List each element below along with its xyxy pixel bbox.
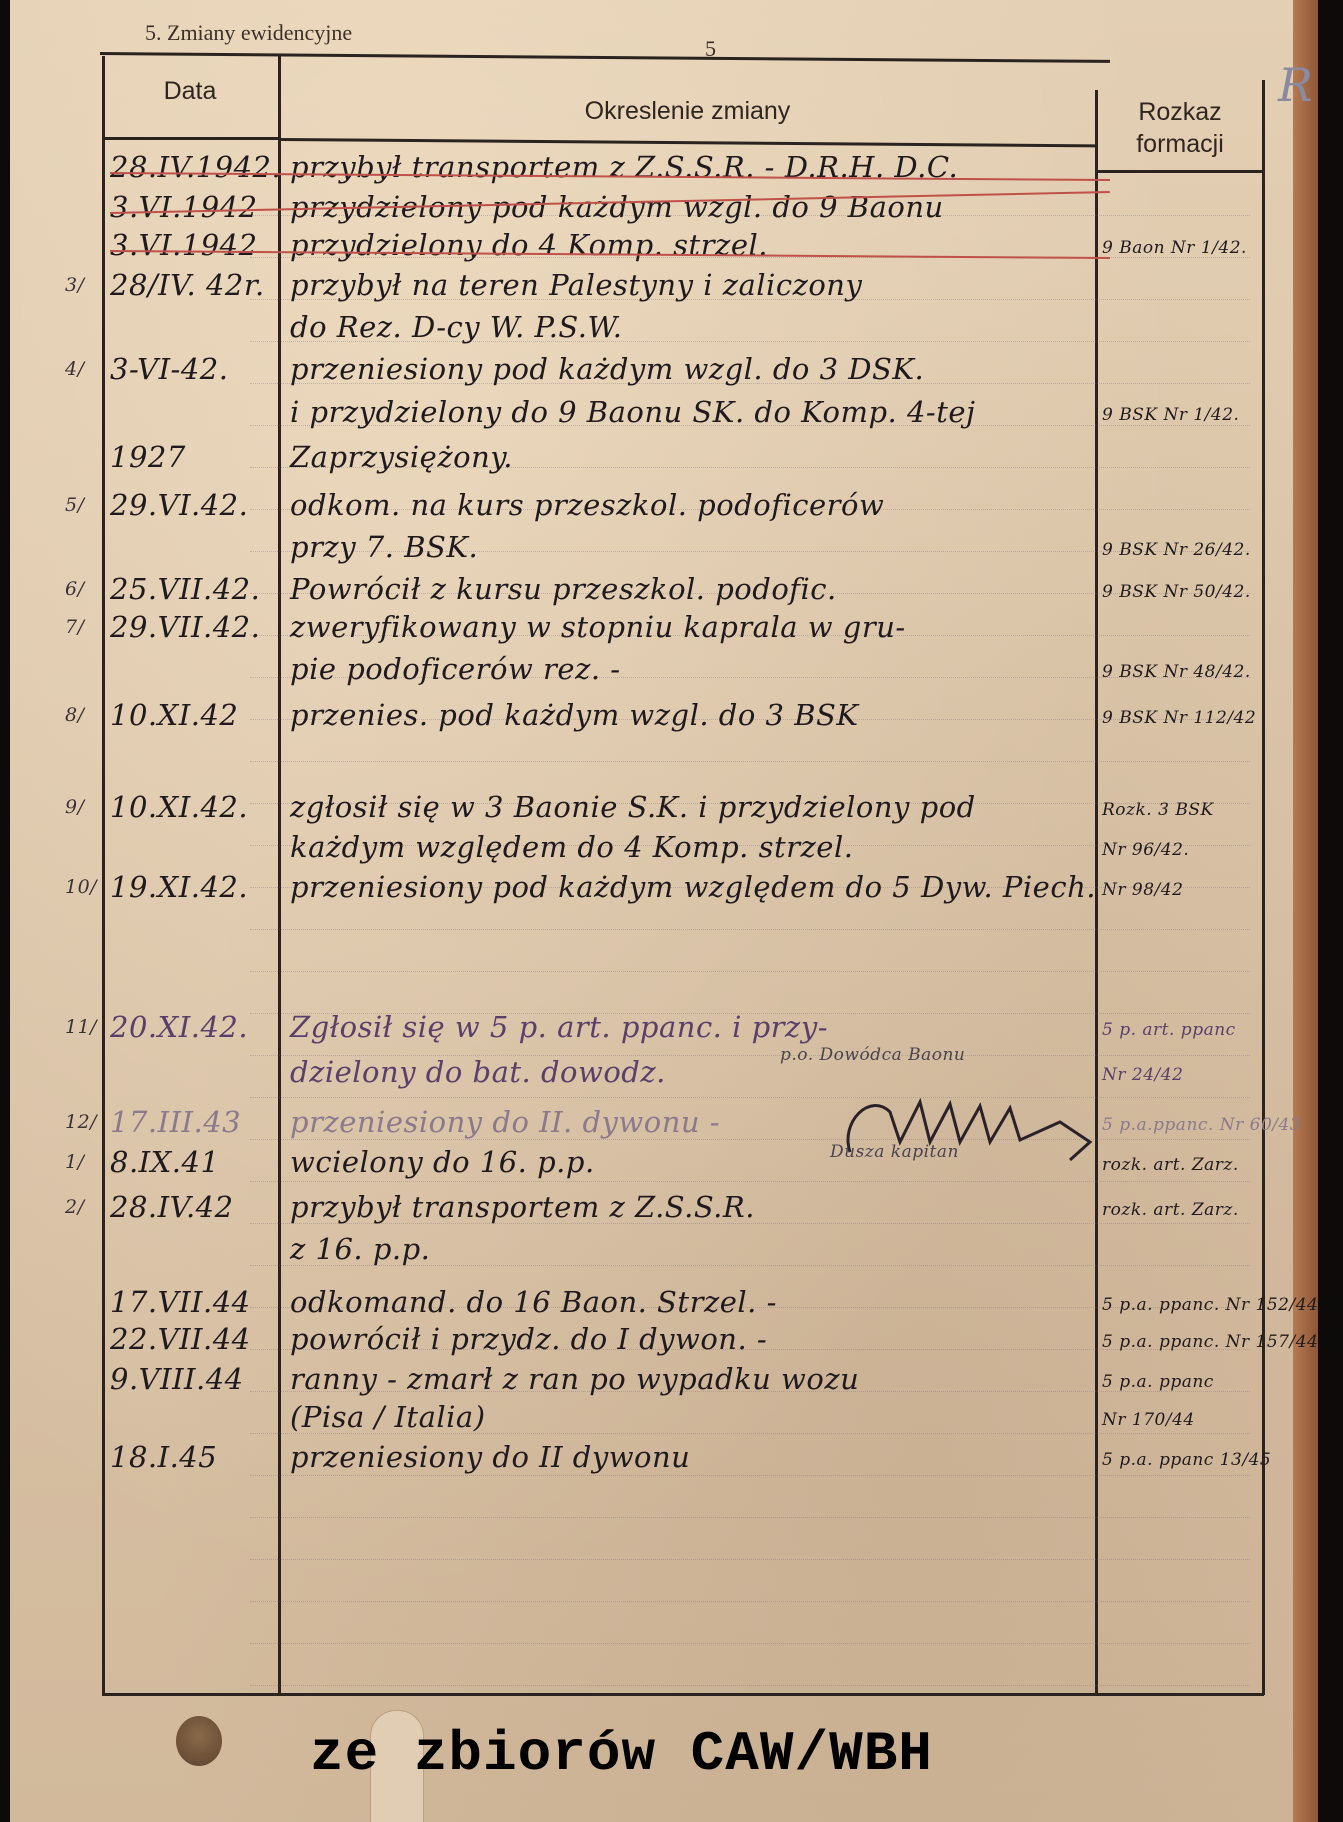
entry-order: 9 BSK Nr 50/42. — [1102, 582, 1251, 602]
entry-order: 5 p.a.ppanc. Nr 60/43 — [1102, 1115, 1301, 1135]
entry-description: ranny - zmarł z ran po wypadku wozu — [290, 1362, 859, 1396]
entry-date: 1927 — [110, 440, 186, 474]
entry-order: Rozk. 3 BSK — [1102, 800, 1214, 820]
entry-date: 10.XI.42. — [110, 790, 248, 824]
entry-number: 3/ — [65, 274, 85, 296]
entry-order: Nr 98/42 — [1102, 880, 1183, 900]
entry-number: 4/ — [65, 358, 85, 380]
entry-date: 3.VI.1942 — [110, 228, 258, 262]
entry-description: wcielony do 16. p.p. — [290, 1145, 595, 1179]
entry-description: powrócił i przydz. do I dywon. - — [290, 1322, 767, 1356]
ruled-line — [250, 761, 1250, 763]
entry-order: 9 Baon Nr 1/42. — [1102, 238, 1247, 258]
entry-order: 9 BSK Nr 112/42 — [1102, 708, 1256, 728]
entry-order: 5 p.a. ppanc 13/45 — [1102, 1450, 1271, 1470]
entry-description: z 16. p.p. — [290, 1232, 430, 1266]
signature-name: Dusza kapitan — [830, 1142, 959, 1162]
entry-date: 22.VII.44 — [110, 1322, 251, 1356]
margin-mark: R — [1278, 58, 1313, 112]
entry-description: przybył na teren Palestyny i zaliczony — [290, 268, 862, 302]
entry-description: (Pisa / Italia) — [290, 1400, 486, 1434]
entry-order: 5 p. art. ppanc — [1102, 1020, 1236, 1040]
table-top-border — [100, 52, 1110, 63]
entry-description: Zgłosił się w 5 p. art. ppanc. i przy- — [290, 1010, 828, 1044]
ruled-line — [250, 1475, 1250, 1477]
entry-description: Zaprzysiężony. — [290, 440, 513, 474]
entry-order: 9 BSK Nr 26/42. — [1102, 540, 1251, 560]
entry-order: Nr 170/44 — [1102, 1410, 1195, 1430]
table-bottom-border — [102, 1693, 1264, 1696]
entry-description: pie podoficerów rez. - — [290, 652, 621, 686]
ruled-line — [250, 929, 1250, 931]
entry-number: 11/ — [65, 1016, 97, 1038]
entry-description: przeniesiony pod każdym wzgl. do 3 DSK. — [290, 352, 924, 386]
entry-order: 5 p.a. ppanc. Nr 152/44 — [1102, 1295, 1318, 1315]
entry-date: 29.VI.42. — [110, 488, 248, 522]
entry-description: odkomand. do 16 Baon. Strzel. - — [290, 1285, 777, 1319]
ruled-line — [250, 1517, 1250, 1519]
entry-date: 17.VII.44 — [110, 1285, 251, 1319]
entry-date: 28.IV.42 — [110, 1190, 234, 1224]
column-header-order-1: Rozkaz — [1100, 96, 1260, 128]
entry-date: 29.VII.42. — [110, 610, 260, 644]
entry-number: 2/ — [65, 1196, 85, 1218]
entry-number: 12/ — [65, 1111, 97, 1133]
entry-description: przydzielony do 4 Komp. strzel. — [290, 228, 768, 262]
entry-order: 9 BSK Nr 48/42. — [1102, 662, 1251, 682]
header-bottom-border-date — [102, 137, 280, 140]
document-page: 5. Zmiany ewidencyjne 5 R Data Okresleni… — [10, 0, 1318, 1822]
section-title: 5. Zmiany ewidencyjne — [145, 20, 352, 46]
entry-order: 5 p.a. ppanc. Nr 157/44 — [1102, 1332, 1318, 1352]
entry-date: 3-VI-42. — [110, 352, 228, 386]
entry-description: Powrócił z kursu przeszkol. podofic. — [290, 572, 837, 606]
entry-date: 18.I.45 — [110, 1440, 217, 1474]
entry-date: 20.XI.42. — [110, 1010, 248, 1044]
table-left-border — [102, 56, 105, 1696]
entry-date: 25.VII.42. — [110, 572, 260, 606]
entry-description: przy 7. BSK. — [290, 530, 478, 564]
entry-number: 9/ — [65, 796, 85, 818]
signature-title: p.o. Dowódca Baonu — [780, 1045, 965, 1065]
entry-description: przybył transportem z Z.S.S.R. — [290, 1190, 755, 1224]
entry-description: zgłosił się w 3 Baonie S.K. i przydzielo… — [290, 790, 976, 824]
entry-description: przenies. pod każdym wzgl. do 3 BSK — [290, 698, 859, 732]
header-bottom-border-desc — [280, 138, 1095, 147]
ruled-line — [250, 1643, 1250, 1645]
entry-description: i przydzielony do 9 Baonu SK. do Komp. 4… — [290, 395, 976, 429]
column-header-date: Data — [105, 75, 275, 107]
entry-description: odkom. na kurs przeszkol. podoficerów — [290, 488, 884, 522]
entry-description: przeniesiony do II dywonu — [290, 1440, 690, 1474]
entry-description: przeniesiony do II. dywonu - — [290, 1105, 720, 1139]
entry-number: 6/ — [65, 578, 85, 600]
entry-description: przeniesiony pod każdym względem do 5 Dy… — [290, 870, 1096, 904]
ruled-line — [250, 1559, 1250, 1561]
entry-description: dzielony do bat. dowodz. — [290, 1055, 666, 1089]
entry-number: 1/ — [65, 1151, 85, 1173]
ruled-line — [250, 971, 1250, 973]
entry-description: do Rez. D-cy W. P.S.W. — [290, 310, 622, 344]
entry-date: 28.IV.1942. — [110, 150, 281, 184]
entry-date: 17.III.43 — [110, 1105, 241, 1139]
entry-order: 5 p.a. ppanc — [1102, 1372, 1214, 1392]
ruled-line — [250, 1601, 1250, 1603]
date-column-divider — [278, 56, 281, 1696]
entry-date: 19.XI.42. — [110, 870, 248, 904]
ruled-line — [250, 1181, 1250, 1183]
entry-date: 9.VIII.44 — [110, 1362, 244, 1396]
entry-number: 5/ — [65, 494, 85, 516]
entry-description: każdym względem do 4 Komp. strzel. — [290, 830, 853, 864]
archive-watermark: ze zbiorów CAW/WBH — [310, 1722, 933, 1786]
entry-number: 8/ — [65, 704, 85, 726]
entry-number: 10/ — [65, 876, 97, 898]
entry-date: 8.IX.41 — [110, 1145, 219, 1179]
column-header-order-2: formacji — [1100, 128, 1260, 160]
paper-edge — [1293, 0, 1318, 1822]
entry-number: 7/ — [65, 616, 85, 638]
entry-order: 9 BSK Nr 1/42. — [1102, 405, 1239, 425]
entry-date: 28/IV. 42r. — [110, 268, 265, 302]
column-header-description: Okreslenie zmiany — [280, 95, 1095, 127]
header-bottom-border-order — [1098, 170, 1263, 173]
ruled-line — [250, 1685, 1250, 1687]
binder-hole-left — [176, 1716, 222, 1766]
entry-date: 10.XI.42 — [110, 698, 238, 732]
entry-date: 3.VI.1942 — [110, 190, 258, 224]
entry-description: zweryfikowany w stopniu kaprala w gru- — [290, 610, 906, 644]
entry-order: Nr 96/42. — [1102, 840, 1189, 860]
entry-order: rozk. art. Zarz. — [1102, 1200, 1239, 1220]
